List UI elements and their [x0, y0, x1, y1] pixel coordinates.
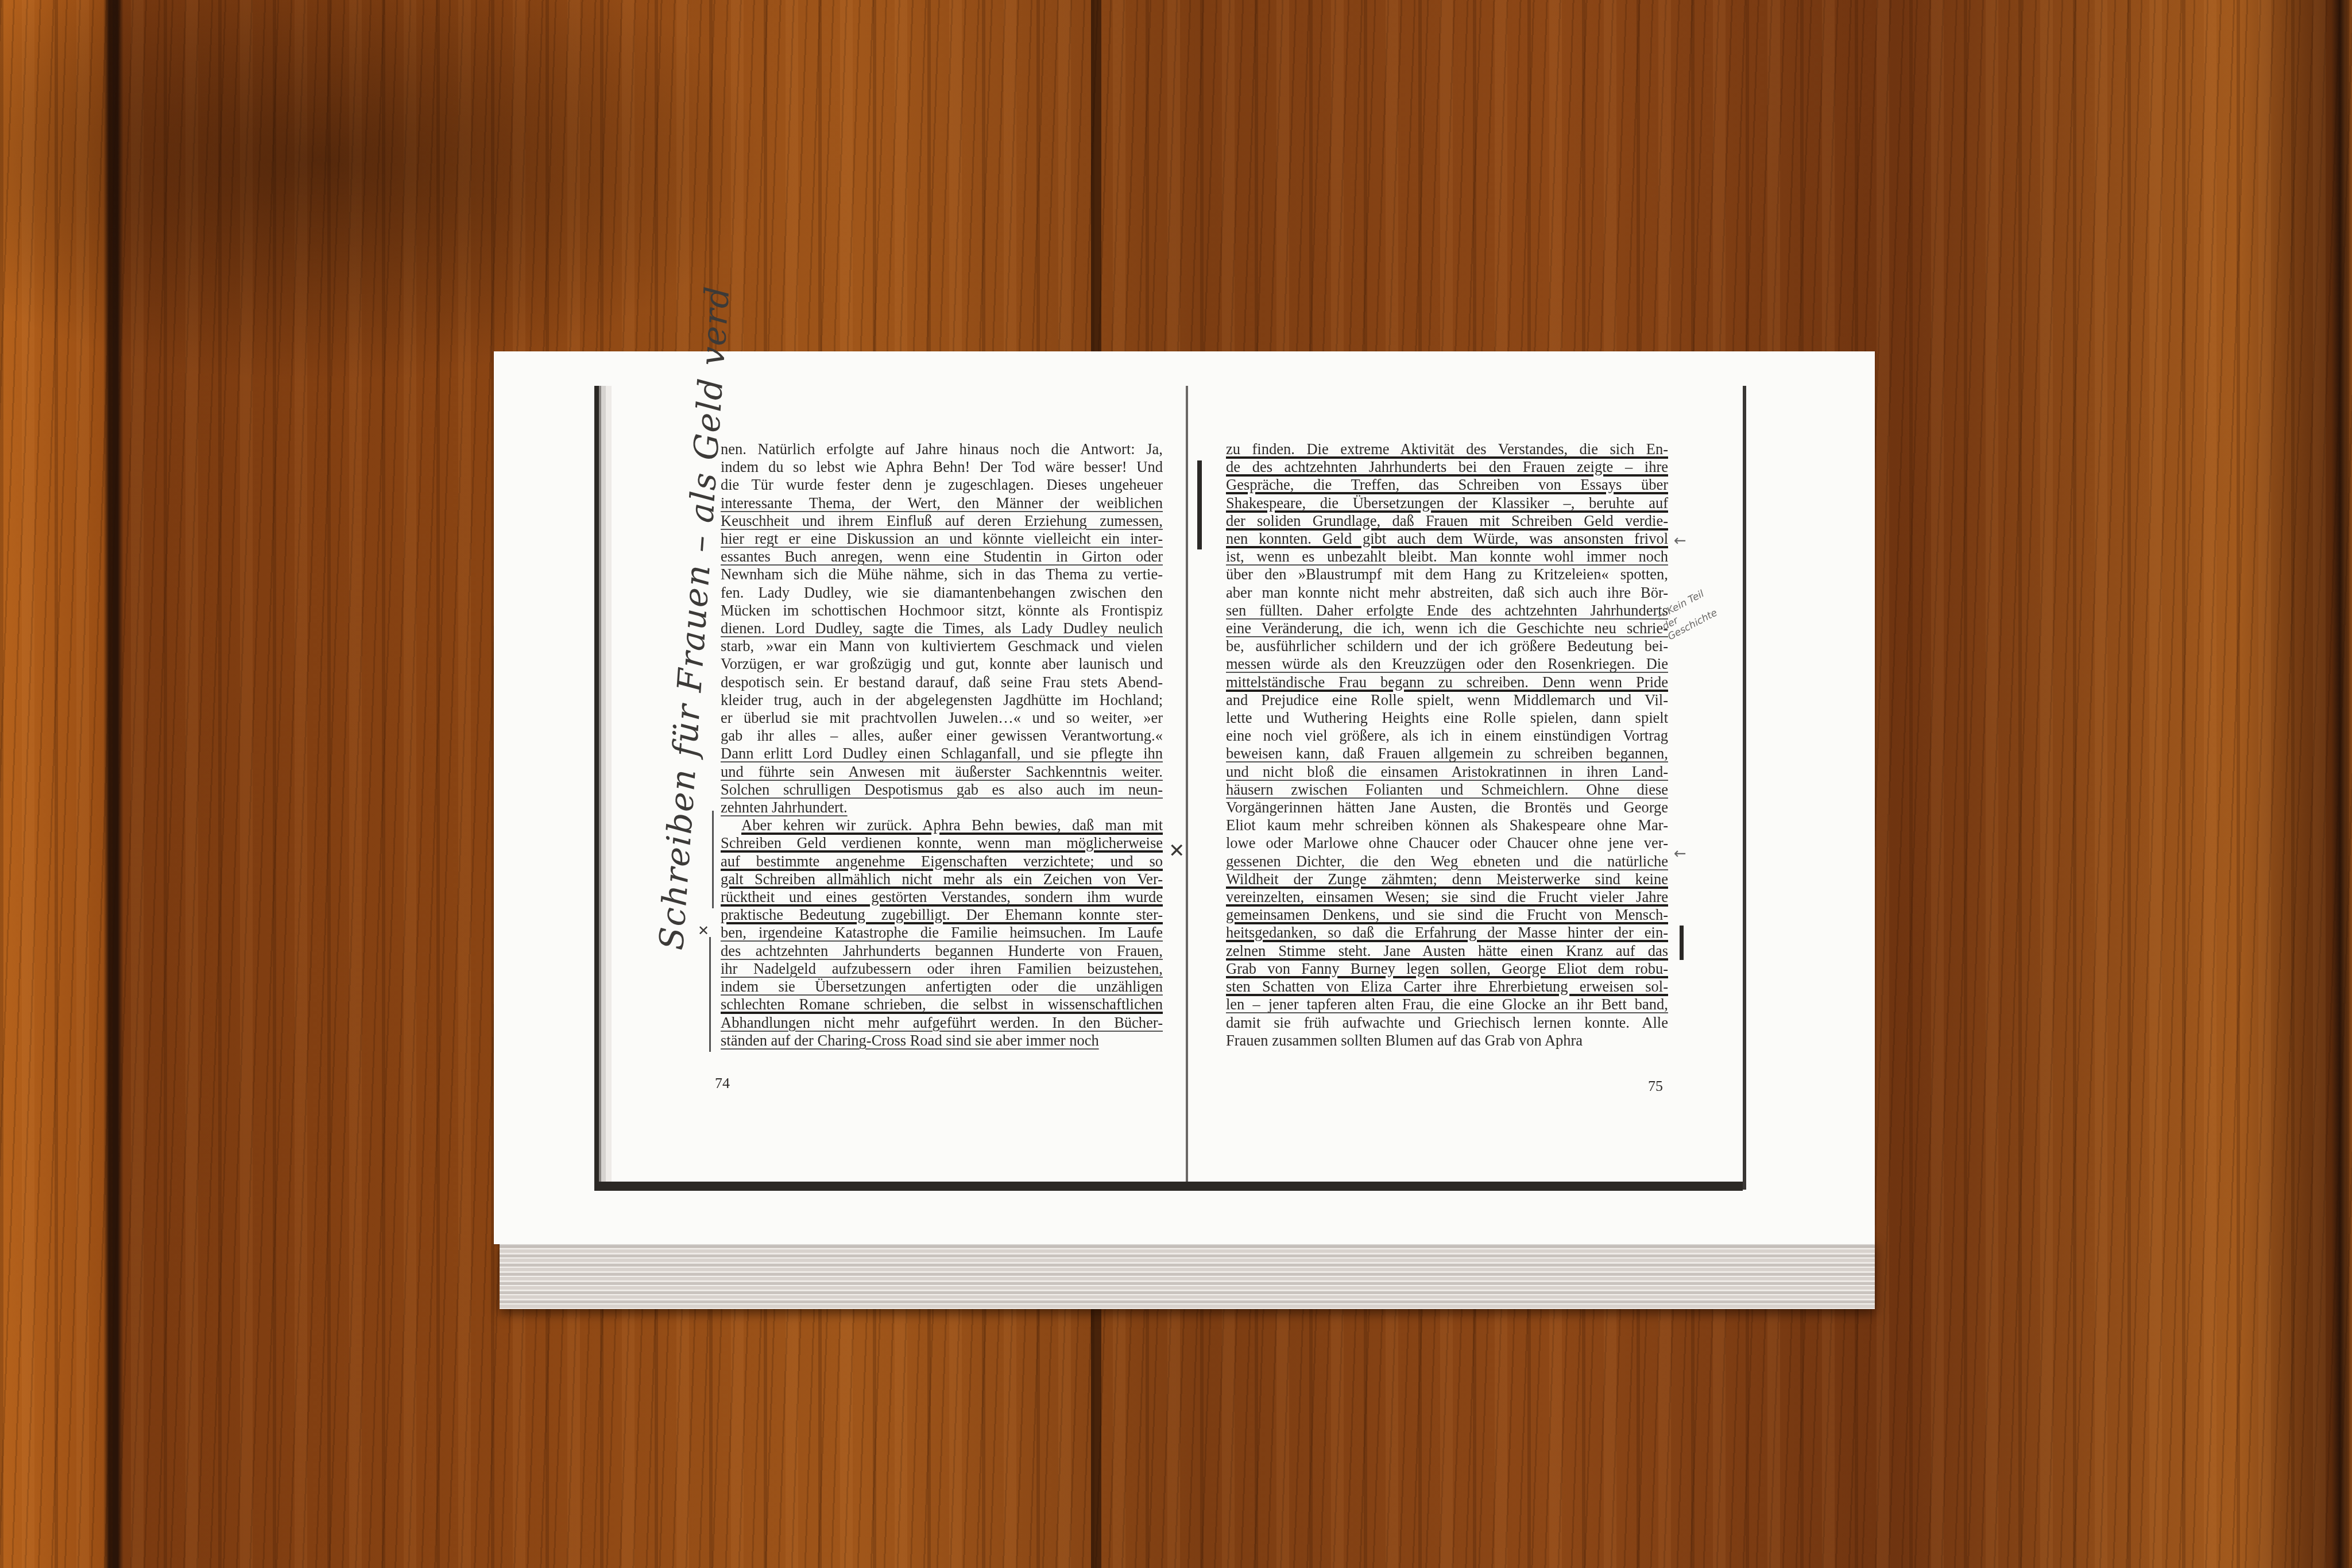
- text-line: gab ihr alles – alles, außer einer gewis…: [721, 727, 1163, 745]
- text-line: Newnham sich die Mühe nähme, sich in das…: [721, 566, 1163, 583]
- arrow-left-icon: ←: [1674, 845, 1686, 862]
- text-line: ist, wenn es unbezahlt bleibt. Man konnt…: [1226, 548, 1668, 566]
- arrow-left-icon: ←: [1674, 532, 1686, 549]
- text-line: Grab von Fanny Burney legen sollen, Geor…: [1226, 960, 1668, 978]
- text-line: nen konnten. Geld gibt auch dem Würde, w…: [1226, 530, 1668, 548]
- text-line: Dann erlitt Lord Dudley einen Schlaganfa…: [721, 745, 1163, 762]
- margin-bracket-mark: [712, 811, 714, 908]
- book-spread-photocopy: Schreiben für Frauen – als Geld verd nen…: [594, 386, 1774, 1191]
- text-line: Abhandlungen nicht mehr aufgeführt werde…: [721, 1014, 1163, 1032]
- text-line: zu finden. Die extreme Aktivität des Ver…: [1226, 440, 1668, 458]
- text-line: despotisch sein. Er bestand darauf, daß …: [721, 673, 1163, 691]
- text-line: beweisen kann, daß Frauen allgemein zu s…: [1226, 745, 1668, 762]
- text-line: Aber kehren wir zurück. Aphra Behn bewie…: [721, 816, 1163, 834]
- text-line: nen. Natürlich erfolgte auf Jahre hinaus…: [721, 440, 1163, 458]
- page-number-right: 75: [1648, 1078, 1663, 1095]
- text-line: Schreiben Geld verdienen konnte, wenn ma…: [721, 834, 1163, 852]
- text-line: indem sie Übersetzungen anfertigten oder…: [721, 978, 1163, 996]
- text-line: schlechten Romane schrieben, die selbst …: [721, 996, 1163, 1013]
- x-mark-icon: ✕: [698, 923, 709, 939]
- book-bottom-edge: [594, 1182, 1743, 1191]
- text-line: zehnten Jahrhundert.: [721, 799, 1163, 816]
- text-line: lette und Wuthering Heights eine Rolle s…: [1226, 709, 1668, 727]
- text-line: über den »Blaustrumpf mit dem Hang zu Kr…: [1226, 566, 1668, 583]
- text-line: Vorgängerinnen hätten Jane Austen, die B…: [1226, 799, 1668, 816]
- text-line: be, ausführlicher schildern und der ich …: [1226, 637, 1668, 655]
- page-right-edge: [1743, 386, 1746, 1190]
- text-line: der soliden Grundlage, daß Frauen mit Sc…: [1226, 512, 1668, 530]
- text-line: Keuschheit und ihrem Einfluß auf deren E…: [721, 512, 1163, 530]
- text-line: vereinzelten, einsamen Wesen; sie sind d…: [1226, 888, 1668, 906]
- text-line: de des achtzehnten Jahrhunderts bei den …: [1226, 458, 1668, 476]
- text-line: ständen auf der Charing-Cross Road sind …: [721, 1032, 1163, 1050]
- text-line: praktische Bedeutung zugebilligt. Der Eh…: [721, 906, 1163, 924]
- page-number-left: 74: [715, 1075, 730, 1092]
- text-line: gemeinsamen Denkens, und sie sind die Fr…: [1226, 906, 1668, 924]
- text-line: dienen. Lord Dudley, sagte die Times, al…: [721, 620, 1163, 637]
- text-line: interessante Thema, der Wert, den Männer…: [721, 494, 1163, 512]
- text-line: indem du so lebst wie Aphra Behn! Der To…: [721, 458, 1163, 476]
- text-line: damit sie früh aufwachte und Griechisch …: [1226, 1014, 1668, 1032]
- text-line: rücktheit und eines gestörten Verstandes…: [721, 888, 1163, 906]
- text-line: Frauen zusammen sollten Blumen auf das G…: [1226, 1032, 1668, 1050]
- text-line: mittelständische Frau begann zu schreibe…: [1226, 673, 1668, 691]
- text-line: die Tür wurde fester denn je zugeschlage…: [721, 476, 1163, 494]
- text-line: messen würde als den Kreuzzügen oder den…: [1226, 655, 1668, 673]
- text-line: des achtzehnten Jahrhunderts begannen Hu…: [721, 942, 1163, 960]
- text-line: and Prejudice eine Rolle spielt, wenn Mi…: [1226, 691, 1668, 709]
- text-line: auf bestimmte angenehme Eigenschaften ve…: [721, 853, 1163, 870]
- text-line: aber man konnte nicht mehr abstreiten, d…: [1226, 584, 1668, 602]
- text-line: gessenen Dichter, die den Weg ebneten un…: [1226, 853, 1668, 870]
- text-line: starb, »war ein Mann von kultiviertem Ge…: [721, 637, 1163, 655]
- text-line: Shakespeare, die Übersetzungen der Klass…: [1226, 494, 1668, 512]
- text-line: häusern zwischen Folianten und Schmeichl…: [1226, 781, 1668, 799]
- text-line: heitsgedanken, so daß die Erfahrung der …: [1226, 924, 1668, 942]
- paper-stack-edge: [500, 1240, 1875, 1309]
- text-line: ben, irgendeine Katastrophe die Familie …: [721, 924, 1163, 942]
- top-sheet: Schreiben für Frauen – als Geld verd nen…: [494, 351, 1875, 1244]
- text-line: Vorzügen, er war großzügig und gut, konn…: [721, 655, 1163, 673]
- right-page-text: zu finden. Die extreme Aktivität des Ver…: [1226, 440, 1668, 1050]
- text-line: Solchen schrulligen Despotismus gab es a…: [721, 781, 1163, 799]
- text-line: Eliot kaum mehr schreiben können als Sha…: [1226, 816, 1668, 834]
- text-line: Mücken im schottischen Hochmoor sitzt, k…: [721, 602, 1163, 620]
- text-line: und nicht bloß die einsamen Aristokratin…: [1226, 763, 1668, 781]
- text-line: eine noch viel größere, als ich in einem…: [1226, 727, 1668, 745]
- text-line: lowe oder Marlowe ohne Chaucer oder Chau…: [1226, 834, 1668, 852]
- margin-bracket-mark: [709, 937, 711, 1052]
- text-line: len – jener tapferen alten Frau, die ein…: [1226, 996, 1668, 1013]
- text-line: zelnen Stimme steht. Jane Austen hätte e…: [1226, 942, 1668, 960]
- book-edge-shadow: [594, 386, 612, 1190]
- text-line: er überlud sie mit prachtvollen Juwelen……: [721, 709, 1163, 727]
- text-line: sten Schatten von Eliza Carter ihre Ehre…: [1226, 978, 1668, 996]
- text-line: ihr Nadelgeld aufzubessern oder ihren Fa…: [721, 960, 1163, 978]
- text-line: kleider trug, auch in der abgelegensten …: [721, 691, 1163, 709]
- book-gutter: [1186, 386, 1188, 1187]
- text-line: essantes Buch anregen, wenn eine Student…: [721, 548, 1163, 566]
- text-line: eine Veränderung, die ich, wenn ich die …: [1226, 620, 1668, 637]
- text-line: Gespräche, die Treffen, das Schreiben vo…: [1226, 476, 1668, 494]
- text-line: fen. Lady Dudley, wie sie diamantenbehan…: [721, 584, 1163, 602]
- text-line: sen füllten. Daher erfolgte Ende des ach…: [1226, 602, 1668, 620]
- text-line: und führte sein Anwesen mit äußerster Sa…: [721, 763, 1163, 781]
- text-line: Wildheit der Zunge zähmten; denn Meister…: [1226, 870, 1668, 888]
- text-line: hier regt er eine Diskussion an und könn…: [721, 530, 1163, 548]
- left-page-text: nen. Natürlich erfolgte auf Jahre hinaus…: [721, 440, 1163, 1050]
- text-line: galt Schreiben allmählich nicht mehr als…: [721, 870, 1163, 888]
- margin-bracket-mark: [1197, 460, 1202, 549]
- margin-bracket-mark: [1680, 926, 1684, 960]
- x-mark-icon: ✕: [1169, 839, 1185, 862]
